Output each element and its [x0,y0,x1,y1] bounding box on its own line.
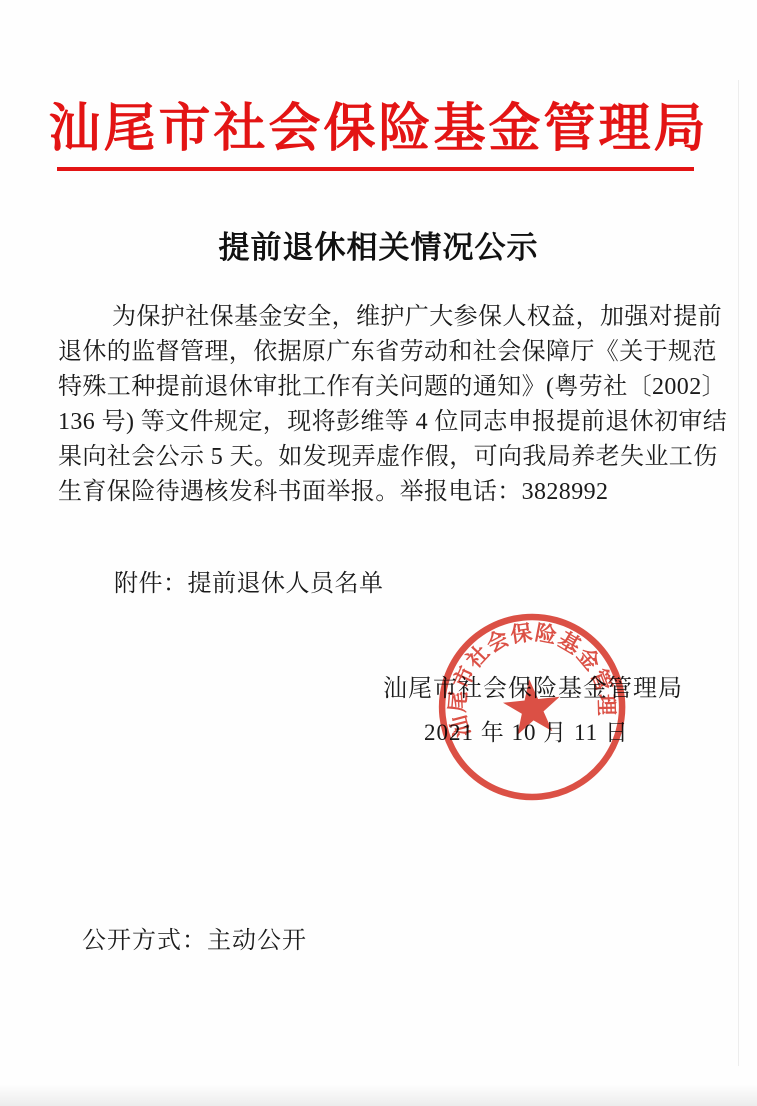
body-line: 特殊工种提前退休审批工作有关问题的通知》(粤劳社〔2002〕 [58,370,700,405]
signature-date: 2021 年 10 月 11 日 [424,714,629,747]
seal-ring [433,608,631,806]
agency-letterhead-title: 汕尾市社会保险基金管理局 [0,86,757,161]
notice-title: 提前退休相关情况公示 [0,222,757,267]
scan-bottom-shadow [0,1084,757,1106]
official-seal-stamp-icon: 汕尾市社会保险基金管理局 [422,596,642,816]
disclosure-method-line: 公开方式：主动公开 [82,920,307,955]
notice-body: 为保护社保基金安全，维护广大参保人权益，加强对提前 退休的监督管理，依据原广东省… [58,300,700,510]
body-line: 为保护社保基金安全，维护广大参保人权益，加强对提前 [58,300,700,335]
body-line: 生育保险待遇核发科书面举报。举报电话：3828992 [58,475,700,510]
letterhead-rule [57,167,694,171]
body-line: 果向社会公示 5 天。如发现弄虚作假，可向我局养老失业工伤 [58,440,700,475]
document-page: 汕尾市社会保险基金管理局 提前退休相关情况公示 为保护社保基金安全，维护广大参保… [0,0,757,1106]
body-line: 136 号) 等文件规定，现将彭维等 4 位同志申报提前退休初审结 [58,405,700,440]
signature-organization: 汕尾市社会保险基金管理局 [383,668,683,703]
body-line: 退休的监督管理，依据原广东省劳动和社会保障厅《关于规范 [58,335,700,370]
attachment-line: 附件：提前退休人员名单 [58,563,384,598]
